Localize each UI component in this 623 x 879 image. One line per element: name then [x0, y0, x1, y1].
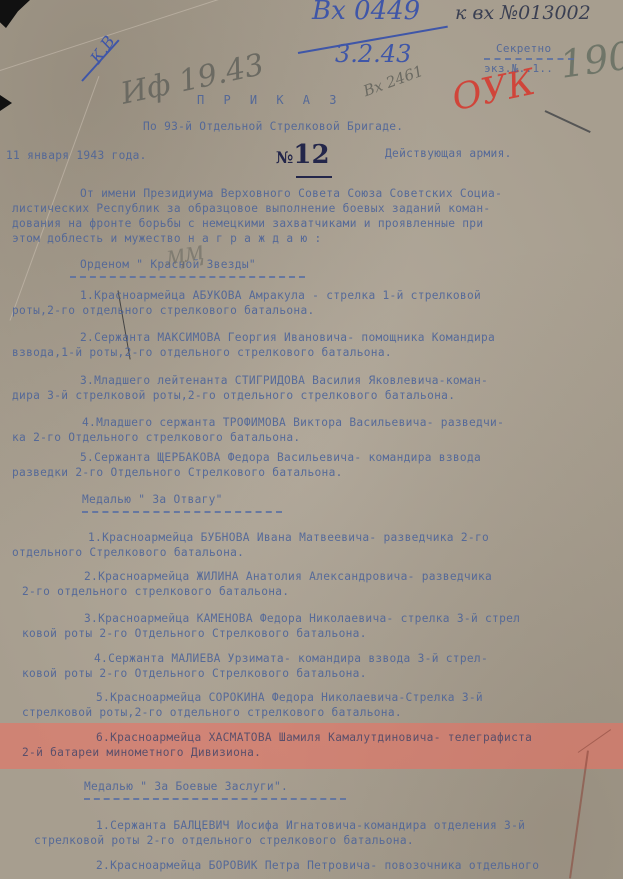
award-item: отдельного Стрелкового батальона.: [12, 546, 244, 560]
section-underline: [82, 511, 282, 513]
section-underline: [70, 276, 305, 278]
preamble-line: дования на фронте борьбы с немецкими зах…: [12, 217, 483, 231]
award-item: 1.Красноармейца БУБНОВА Ивана Матвеевича…: [88, 531, 489, 545]
section-heading: Медалью " За Отвагу": [82, 493, 223, 507]
award-item: 4.Младшего сержанта ТРОФИМОВА Виктора Ва…: [82, 416, 504, 430]
award-item-highlighted: 2-й батареи минометного Дивизиона.: [22, 746, 261, 760]
award-item: 3.Младшего лейтенанта СТИГРИДОВА Василия…: [80, 374, 488, 388]
award-item: 2-го отдельного стрелкового батальона.: [22, 585, 289, 599]
award-item: 5.Сержанта ЩЕРБАКОВА Федора Васильевича-…: [80, 451, 481, 465]
document-title: П Р И К А З: [197, 93, 342, 107]
award-item: 2.Красноармейца БОРОВИК Петра Петровича-…: [96, 859, 539, 873]
award-item: ковой роты 2-го Отдельного Стрелкового б…: [22, 667, 367, 681]
torn-corner: [0, 95, 12, 111]
pencil-scribble: ӎӎ: [162, 232, 206, 273]
award-item: 2.Сержанта МАКСИМОВА Георгия Ивановича- …: [80, 331, 495, 345]
order-number-prefix: №: [276, 148, 293, 167]
paper-crack: [569, 750, 589, 878]
section-underline: [84, 798, 346, 800]
award-item: роты,2-го отдельного стрелкового батальо…: [12, 304, 315, 318]
award-item: 3.Красноармейца КАМЕНОВА Федора Николаев…: [84, 612, 520, 626]
order-number: №12: [276, 140, 330, 170]
award-item-highlighted: 6.Красноармейца ХАСМАТОВА Шамиля Камалут…: [96, 731, 532, 745]
classification-label: Секретно: [496, 42, 551, 56]
award-item: взвода,1-й роты,2-го отдельного стрелков…: [12, 346, 392, 360]
award-item: 1.Красноармейца АБУКОВА Амракула - стрел…: [80, 289, 481, 303]
award-item: ка 2-го Отдельного стрелкового батальона…: [12, 431, 300, 445]
order-number-underline: [296, 176, 332, 178]
preamble-line: листических Республик за образцовое выпо…: [12, 202, 490, 216]
document-subtitle: По 93-й Отдельной Стрелковой Бригаде.: [143, 120, 403, 134]
award-item: 2.Красноармейца ЖИЛИНА Анатолия Александ…: [84, 570, 492, 584]
gray-pencil-mark: 190: [557, 33, 623, 87]
date-note: 3.2.43: [335, 40, 411, 68]
award-item: стрелковой роты,2-го отдельного стрелков…: [22, 706, 402, 720]
award-item: 1.Сержанта БАЛЦЕВИЧ Иосифа Игнатовича-ко…: [96, 819, 525, 833]
date-line: 11 января 1943 года.: [6, 149, 147, 163]
classification-copy: экз.№..1..: [484, 62, 553, 76]
reference-note: к вх №013002: [455, 2, 591, 24]
order-number-value: 12: [293, 140, 329, 170]
pencil-stroke: [545, 110, 591, 133]
award-item: 4.Сержанта МАЛИЕВА Урзимата- командира в…: [94, 652, 488, 666]
classification-underline: [484, 58, 574, 60]
award-item: стрелковой роты 2-го отдельного стрелков…: [34, 834, 414, 848]
section-heading: Медалью " За Боевые Заслуги".: [84, 780, 288, 794]
preamble-line: От имени Президиума Верховного Совета Со…: [80, 187, 502, 201]
award-item: 5.Красноармейца СОРОКИНА Федора Николаев…: [96, 691, 483, 705]
award-item: разведки 2-го Отдельного Стрелкового бат…: [12, 466, 343, 480]
award-item: ковой роты 2-го Отдельного Стрелкового б…: [22, 627, 367, 641]
initials-note: К.В: [86, 32, 118, 67]
torn-corner: [0, 0, 30, 28]
award-item: дира 3-й стрелковой роты,2-го отдельного…: [12, 389, 455, 403]
location-line: Действующая армия.: [385, 147, 512, 161]
document-page: Вх 0449 к вх №013002 К.В Иф 19.43 3.2.43…: [0, 0, 623, 879]
incoming-number-note: Вх 0449: [312, 0, 420, 26]
